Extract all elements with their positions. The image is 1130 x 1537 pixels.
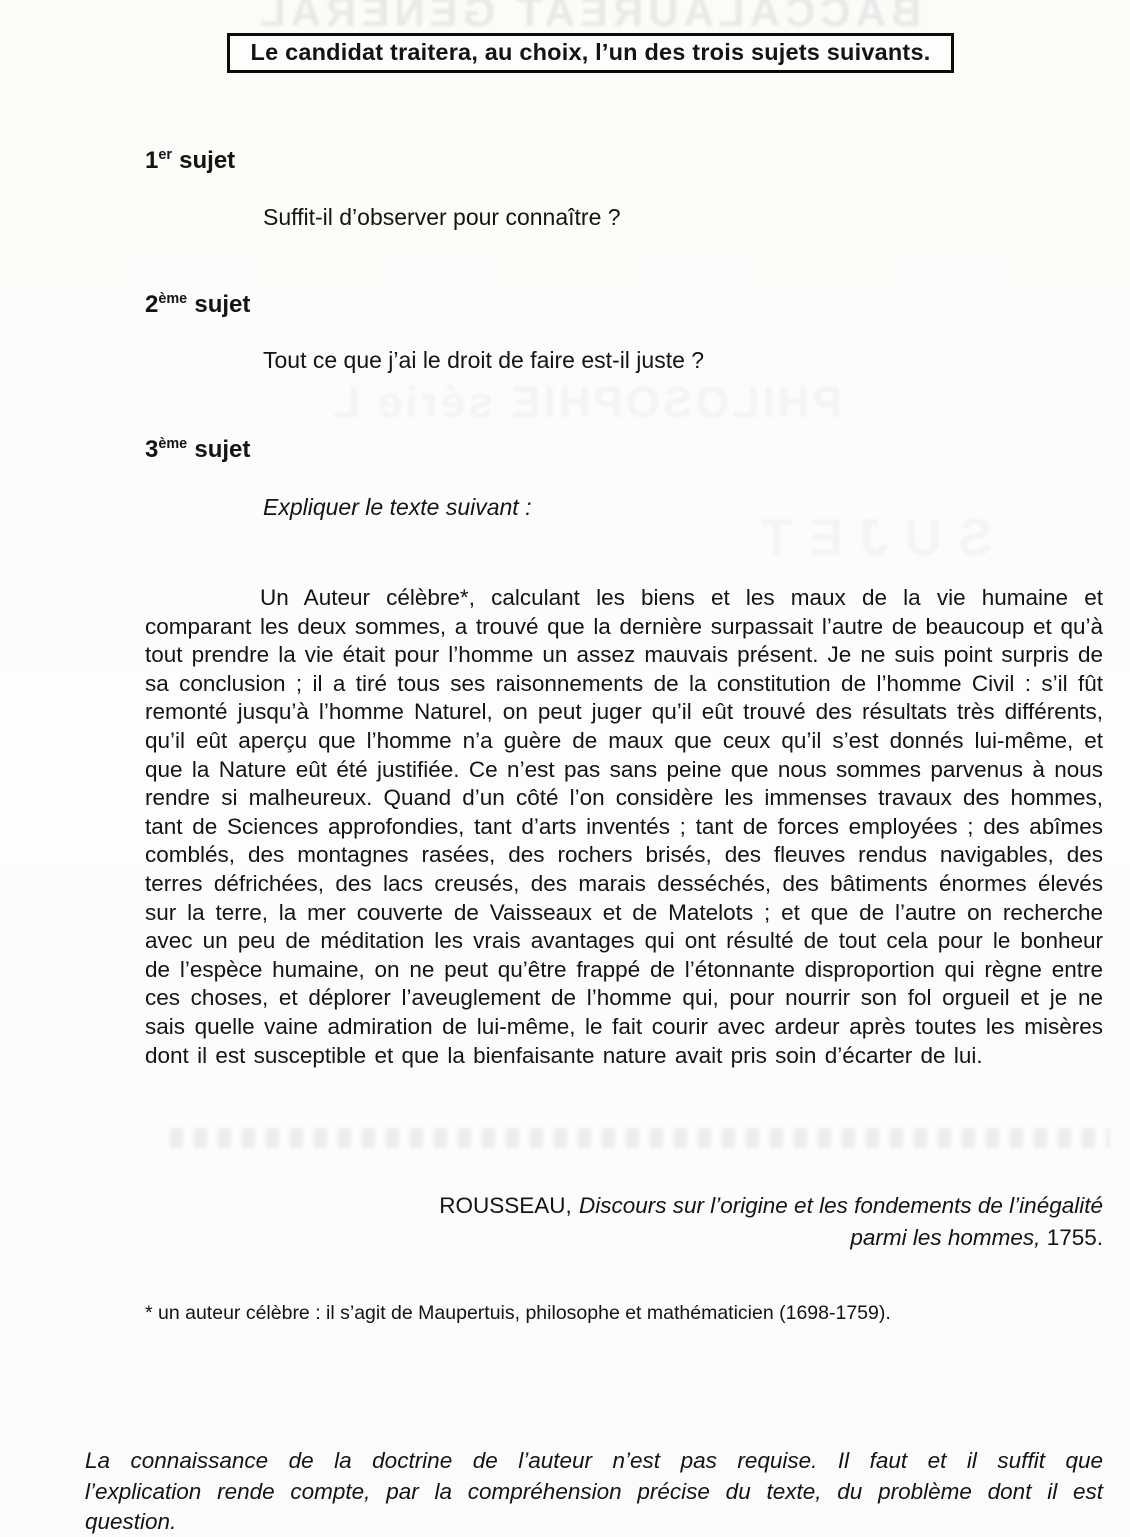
subject-3-label: 3èmesujet	[145, 436, 250, 464]
bleedthrough-subject-text: PHILOSOPHIE série L	[330, 378, 842, 428]
attribution-line-2: parmi les hommes,1755.	[145, 1222, 1103, 1254]
attribution: ROUSSEAU,Discours sur l’origine et les f…	[145, 1190, 1103, 1254]
subject-2-number: 2	[145, 291, 158, 318]
subject-1-question: Suffit-il d’observer pour connaître ?	[263, 204, 621, 231]
subject-3-number: 3	[145, 436, 158, 463]
subject-3-ordinal: ème	[158, 436, 187, 452]
subject-1-ordinal: er	[158, 147, 172, 163]
examiner-instruction: La connaissance de la doctrine de l’aute…	[85, 1446, 1103, 1537]
attribution-work-line2: parmi les hommes,	[850, 1225, 1040, 1250]
subject-1-word: sujet	[179, 147, 235, 174]
candidate-notice-box: Le candidat traitera, au choix, l’un des…	[227, 33, 954, 73]
attribution-year: 1755.	[1047, 1225, 1103, 1250]
subject-2-ordinal: ème	[158, 291, 187, 307]
text-excerpt: Un Auteur célèbre*, calculant les biens …	[145, 584, 1103, 1070]
subject-2-label: 2èmesujet	[145, 291, 250, 319]
bleedthrough-sujet-text: SUJET	[745, 508, 993, 568]
subject-3-instruction: Expliquer le texte suivant :	[263, 494, 531, 521]
subject-1-label: 1ersujet	[145, 147, 235, 175]
subject-2-question: Tout ce que j’ai le droit de faire est-i…	[263, 347, 704, 374]
bleedthrough-title-text: BACCALAURÉAT GÉNÉRAL	[255, 0, 921, 36]
candidate-notice-text: Le candidat traitera, au choix, l’un des…	[251, 39, 931, 65]
attribution-author: ROUSSEAU,	[439, 1193, 572, 1218]
exam-sheet: BACCALAURÉAT GÉNÉRAL PHILOSOPHIE série L…	[0, 0, 1130, 1537]
subject-2-word: sujet	[194, 291, 250, 318]
subject-1-number: 1	[145, 147, 158, 174]
attribution-line-1: ROUSSEAU,Discours sur l’origine et les f…	[145, 1190, 1103, 1222]
attribution-work-line1: Discours sur l’origine et les fondements…	[579, 1193, 1103, 1218]
bleedthrough-strip	[170, 1128, 1110, 1148]
footnote: * un auteur célèbre : il s’agit de Maupe…	[145, 1302, 1103, 1325]
subject-3-word: sujet	[194, 436, 250, 463]
